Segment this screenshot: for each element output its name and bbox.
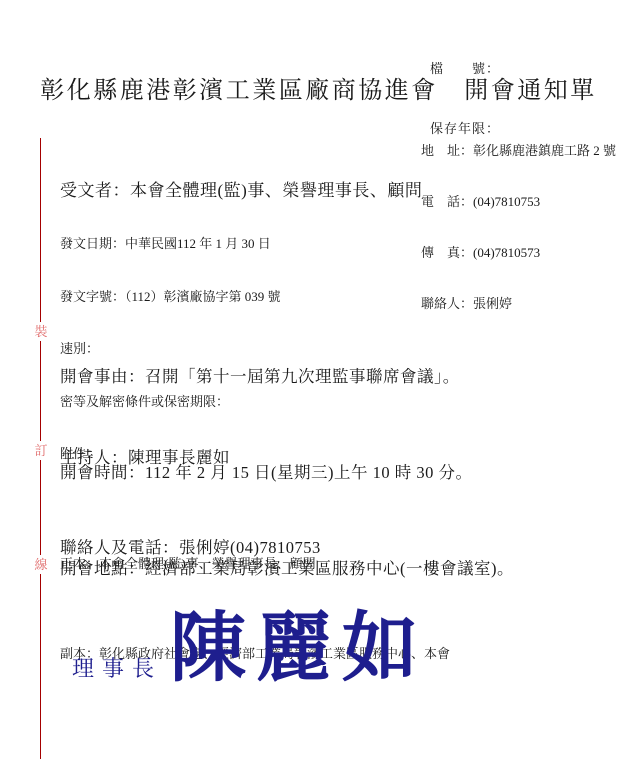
binding-char-ding: 訂 [32,441,50,460]
signature-title-label: 理事長 [72,652,162,683]
signature-name: 陳麗如 [170,606,428,693]
original-copy-line: 正本：本會全體理(監)事、榮譽理事長、顧問 [60,549,450,579]
org-fax-line: 傳 真：(04)7810573 [421,244,616,261]
org-phone-line: 電 話：(04)7810753 [421,193,616,210]
issue-date-line: 發文日期：中華民國112 年 1 月 30 日 [60,235,281,253]
document-title: 彰化縣鹿港彰濱工業區廠商協進會 開會通知單 [0,70,637,105]
meeting-chair-line: 主持人：陳理事長麗如 [60,443,321,473]
binding-char-zhuang: 裝 [32,322,50,341]
org-address-line: 地 址：彰化縣鹿港鎮鹿工路 2 號 [421,142,616,159]
binding-char-xian: 線 [32,555,50,574]
meeting-notice-document: 裝 訂 線 檔 號： 保存年限： 彰化縣鹿港彰濱工業區廠商協進會 開會通知單 地… [0,0,637,759]
recipient-line: 受文者：本會全體理(監)事、榮譽理事長、顧問 [60,176,422,201]
